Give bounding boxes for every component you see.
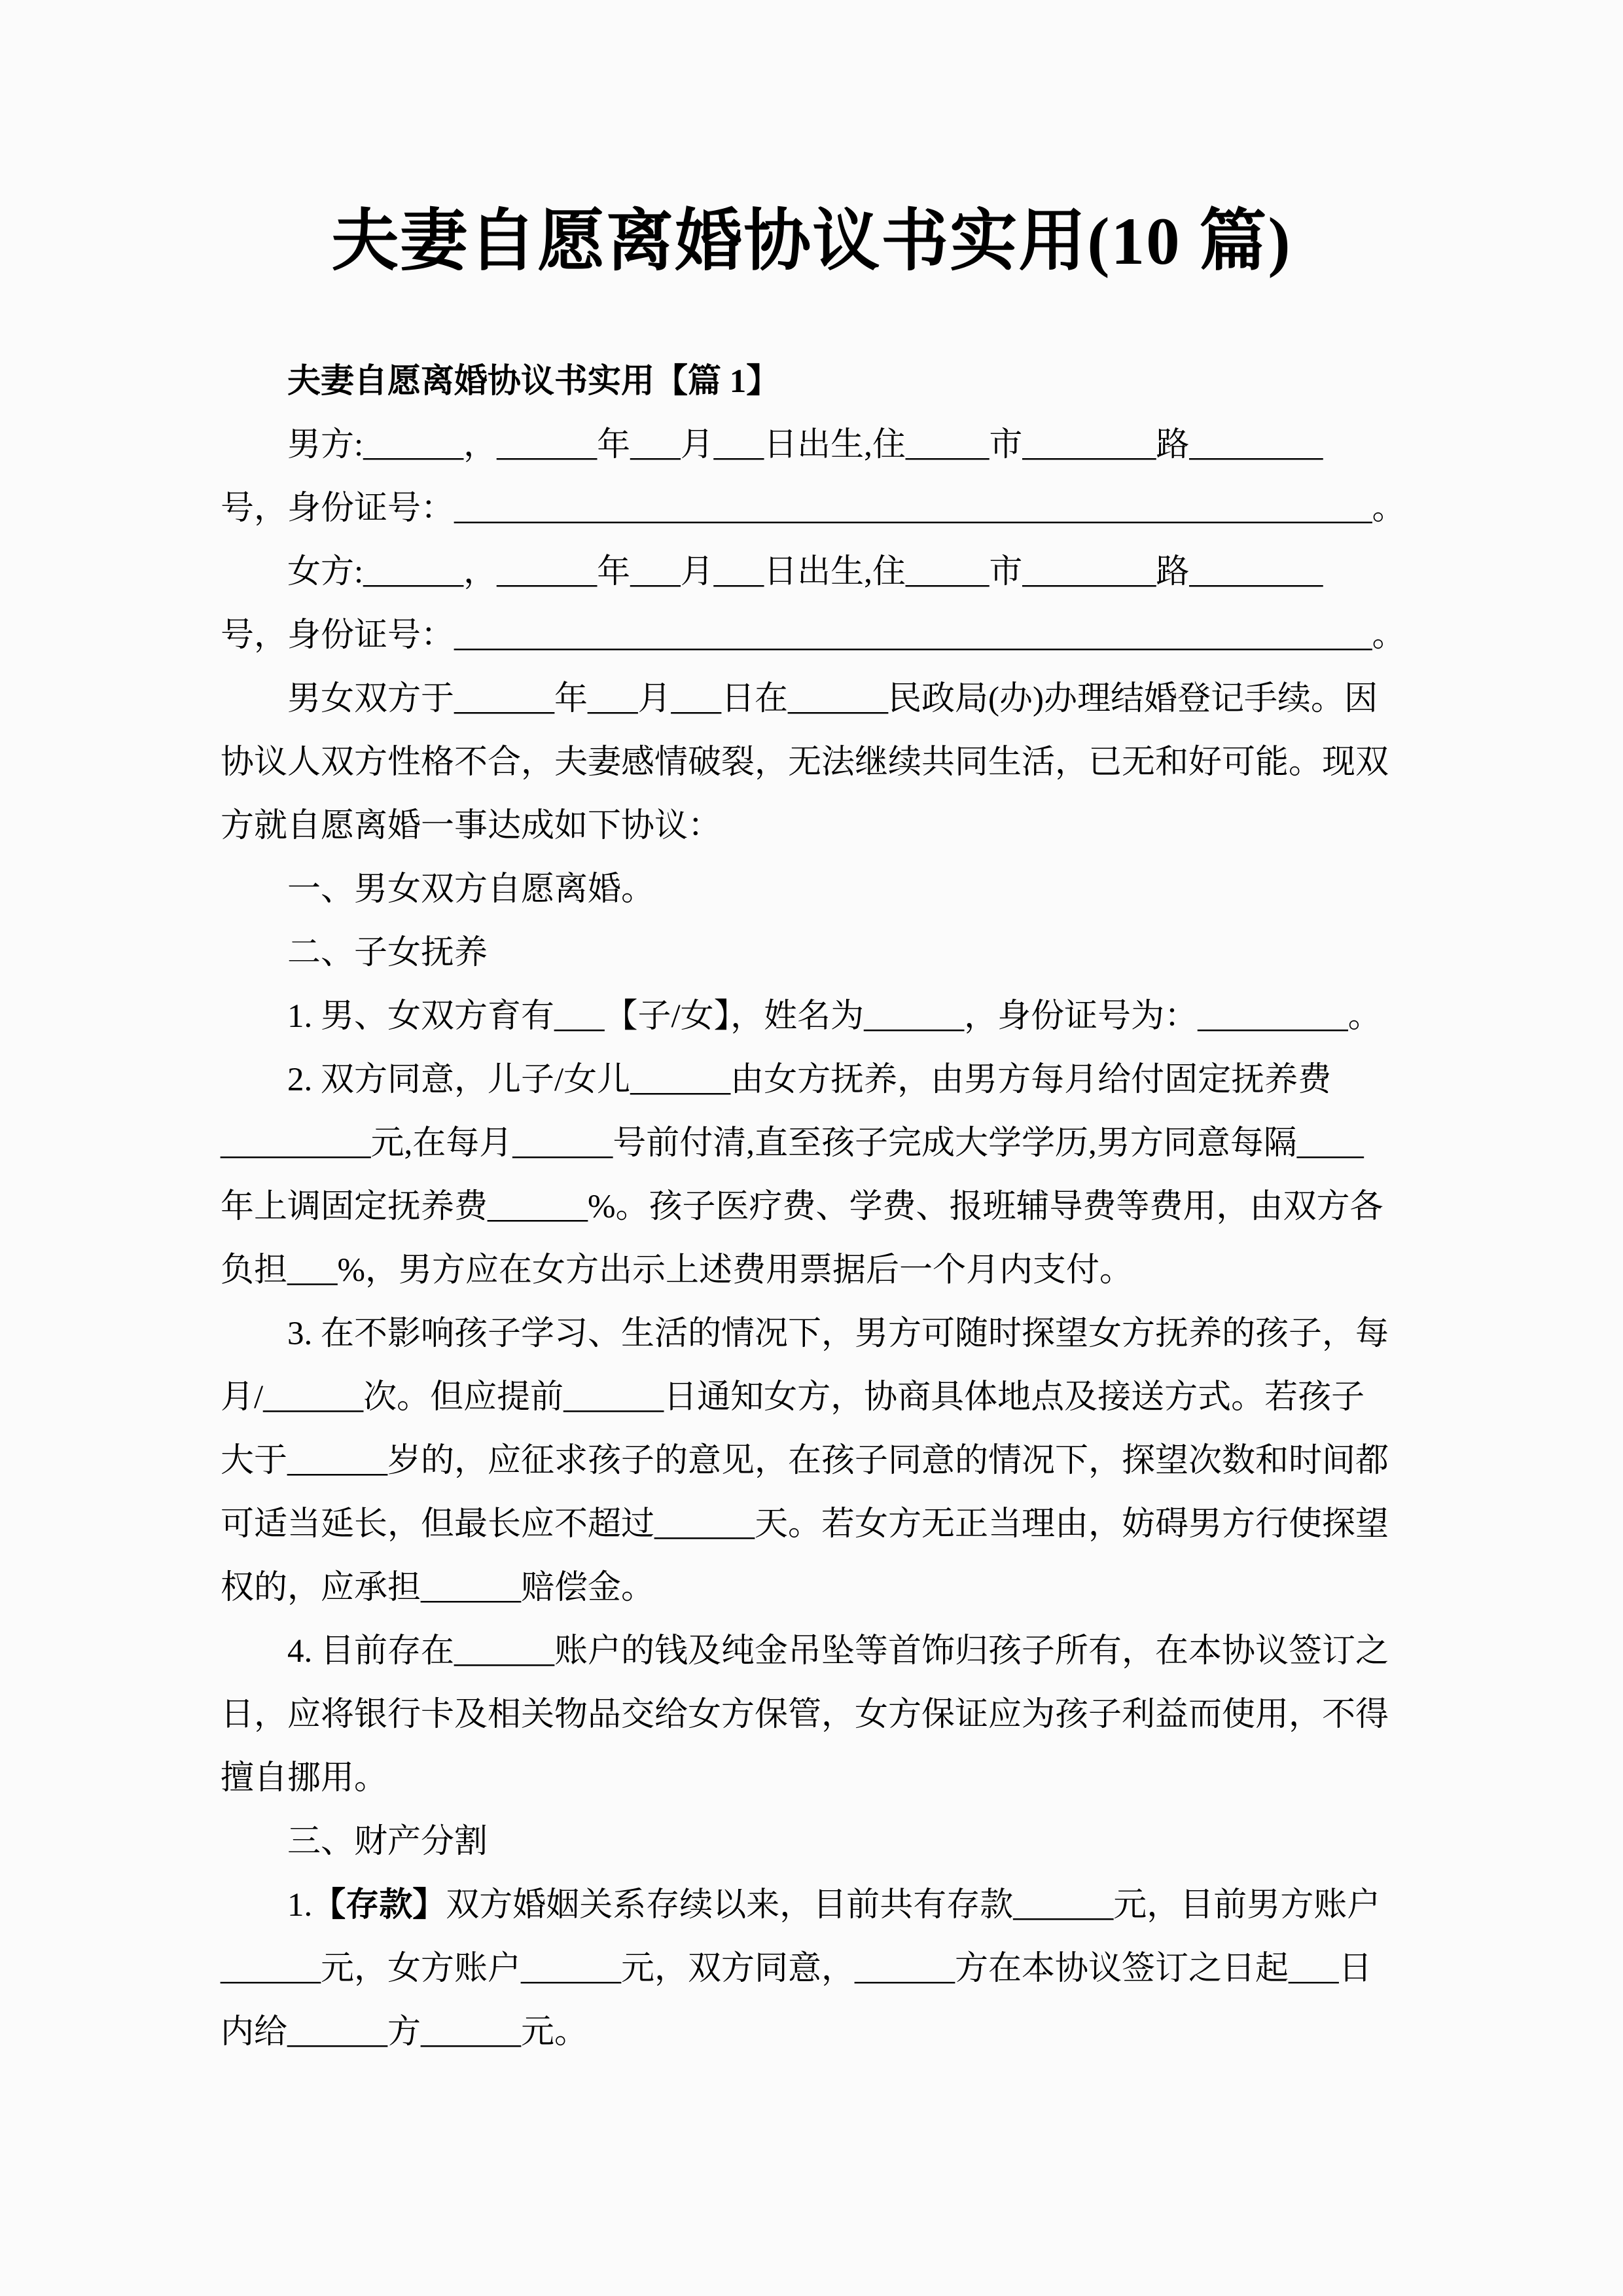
line-clause-three-heading: 三、财产分割 xyxy=(221,1810,1404,1874)
line-custody-2: _________元,在每月______号前付清,直至孩子完成大学学历,男方同意… xyxy=(221,1112,1404,1175)
deposits-label: 【存款】 xyxy=(312,1887,446,1924)
line-deposits-2: ______元，女方账户______元，双方同意，______方在本协议签订之日… xyxy=(221,1937,1404,2001)
line-visitation-4: 可适当延长，但最长应不超过______天。若女方无正当理由，妨碍男方行使探望 xyxy=(221,1493,1404,1556)
document-title: 夫妻自愿离婚协议书实用(10 篇) xyxy=(0,187,1623,283)
line-visitation-2: 月/______次。但应提前______日通知女方，协商具体地点及接送方式。若孩… xyxy=(221,1366,1404,1429)
document-page: 夫妻自愿离婚协议书实用(10 篇) 夫妻自愿离婚协议书实用【篇 1】 男方:__… xyxy=(0,0,1623,2296)
document-body: 夫妻自愿离婚协议书实用【篇 1】 男方:______，______年___月__… xyxy=(221,350,1404,2064)
line-child-assets-1: 4. 目前存在______账户的钱及纯金吊坠等首饰归孩子所有，在本协议签订之 xyxy=(221,1620,1404,1683)
line-party-b: 女方:______，______年___月___日出生,住_____市_____… xyxy=(221,541,1404,604)
deposits-prefix: 1. xyxy=(287,1887,312,1924)
line-child-assets-3: 擅自挪用。 xyxy=(221,1747,1404,1810)
line-agreement-intro: 方就自愿离婚一事达成如下协议： xyxy=(221,795,1404,858)
line-visitation-5: 权的，应承担______赔偿金。 xyxy=(221,1556,1404,1620)
line-child-info: 1. 男、女双方育有___【子/女】，姓名为______，身份证号为：_____… xyxy=(221,985,1404,1049)
line-child-assets-2: 日，应将银行卡及相关物品交给女方保管，女方保证应为孩子利益而使用，不得 xyxy=(221,1683,1404,1747)
line-custody-3: 年上调固定抚养费______%。孩子医疗费、学费、报班辅导费等费用，由双方各 xyxy=(221,1175,1404,1239)
line-deposits-1: 1.【存款】双方婚姻关系存续以来，目前共有存款______元，目前男方账户 xyxy=(221,1874,1404,1937)
line-visitation-3: 大于______岁的，应征求孩子的意见，在孩子同意的情况下，探望次数和时间都 xyxy=(221,1429,1404,1493)
line-marriage-registration: 男女双方于______年___月___日在______民政局(办)办理结婚登记手… xyxy=(221,668,1404,731)
line-party-b-id: 号，身份证号：_________________________________… xyxy=(221,604,1404,668)
line-party-a-id: 号，身份证号：_________________________________… xyxy=(221,477,1404,541)
line-custody-4: 负担___%，男方应在女方出示上述费用票据后一个月内支付。 xyxy=(221,1239,1404,1302)
line-clause-two-heading: 二、子女抚养 xyxy=(221,922,1404,985)
line-deposits-3: 内给______方______元。 xyxy=(221,2001,1404,2064)
line-divorce-reason: 协议人双方性格不合，夫妻感情破裂，无法继续共同生活，已无和好可能。现双 xyxy=(221,731,1404,795)
section1-heading: 夫妻自愿离婚协议书实用【篇 1】 xyxy=(221,350,1404,414)
line-visitation-1: 3. 在不影响孩子学习、生活的情况下，男方可随时探望女方抚养的孩子，每 xyxy=(221,1302,1404,1366)
line-clause-one: 一、男女双方自愿离婚。 xyxy=(221,858,1404,922)
line-party-a: 男方:______，______年___月___日出生,住_____市_____… xyxy=(221,414,1404,477)
line-custody-1: 2. 双方同意，儿子/女儿______由女方抚养，由男方每月给付固定抚养费 xyxy=(221,1049,1404,1112)
deposits-rest: 双方婚姻关系存续以来，目前共有存款______元，目前男方账户 xyxy=(446,1887,1380,1924)
